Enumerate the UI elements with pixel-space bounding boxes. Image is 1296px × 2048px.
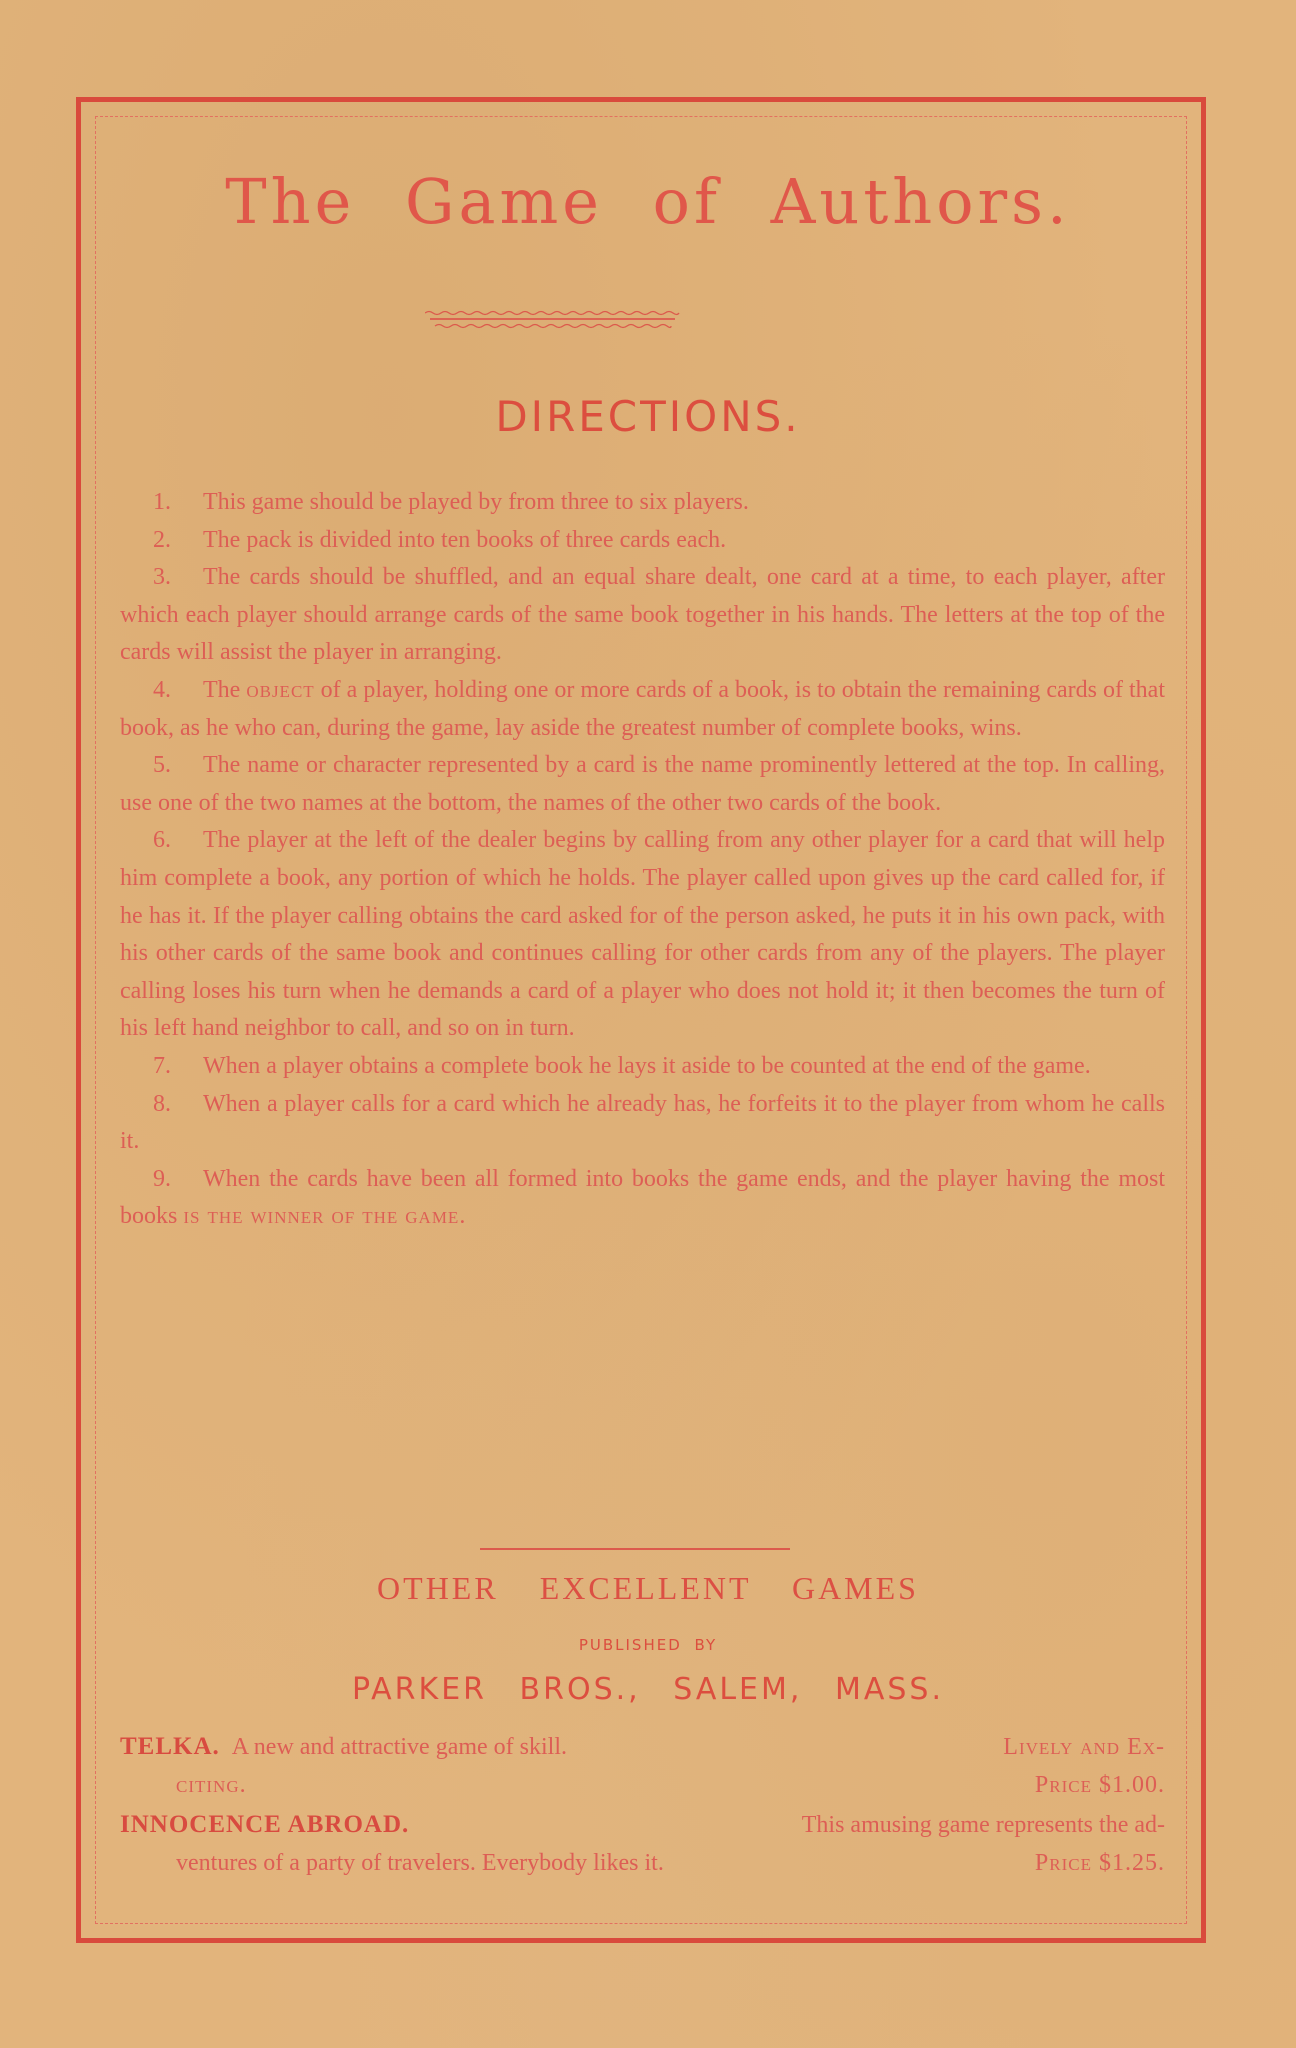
- direction-item-1: 1.This game should be played by from thr…: [120, 484, 1165, 522]
- direction-item-4: 4.The object of a player, holding one or…: [120, 672, 1165, 747]
- direction-item-3: 3.The cards should be shuffled, and an e…: [120, 559, 1165, 672]
- publisher-name: PARKER BROS., SALEM, MASS.: [0, 1672, 1296, 1707]
- direction-item-9: 9.When the cards have been all formed in…: [120, 1161, 1165, 1236]
- game-description: This amusing game represents the ad-: [802, 1806, 1165, 1844]
- direction-item-8: 8.When a player calls for a card which h…: [120, 1086, 1165, 1161]
- direction-item-2: 2.The pack is divided into ten books of …: [120, 522, 1165, 560]
- game-name: TELKA.: [120, 1733, 220, 1760]
- direction-item-6: 6.The player at the left of the dealer b…: [120, 822, 1165, 1048]
- game-advertisements: TELKA. A new and attractive game of skil…: [120, 1728, 1165, 1884]
- page-title: The Game of Authors.: [0, 165, 1296, 238]
- section-divider: [480, 1548, 790, 1550]
- direction-item-5: 5.The name or character represented by a…: [120, 747, 1165, 822]
- emphasis-winner: is the winner of the game.: [183, 1203, 466, 1229]
- published-by-label: PUBLISHED BY: [0, 1636, 1296, 1654]
- directions-heading: DIRECTIONS.: [0, 392, 1296, 441]
- direction-item-7: 7.When a player obtains a complete book …: [120, 1048, 1165, 1086]
- directions-list: 1.This game should be played by from thr…: [120, 484, 1165, 1236]
- other-games-heading: OTHER EXCELLENT GAMES: [0, 1570, 1296, 1607]
- game-name: INNOCENCE ABROAD.: [120, 1806, 409, 1844]
- game-price: Price $1.25.: [1035, 1844, 1165, 1882]
- game-description: A new and attractive game of skill.: [232, 1734, 567, 1760]
- ad-innocence-abroad: INNOCENCE ABROAD. This amusing game repr…: [120, 1806, 1165, 1882]
- title-ornament-divider: [425, 308, 680, 332]
- emphasis-object: object: [246, 677, 314, 703]
- game-price: Price $1.00.: [1035, 1766, 1165, 1804]
- ad-telka: TELKA. A new and attractive game of skil…: [120, 1728, 1165, 1804]
